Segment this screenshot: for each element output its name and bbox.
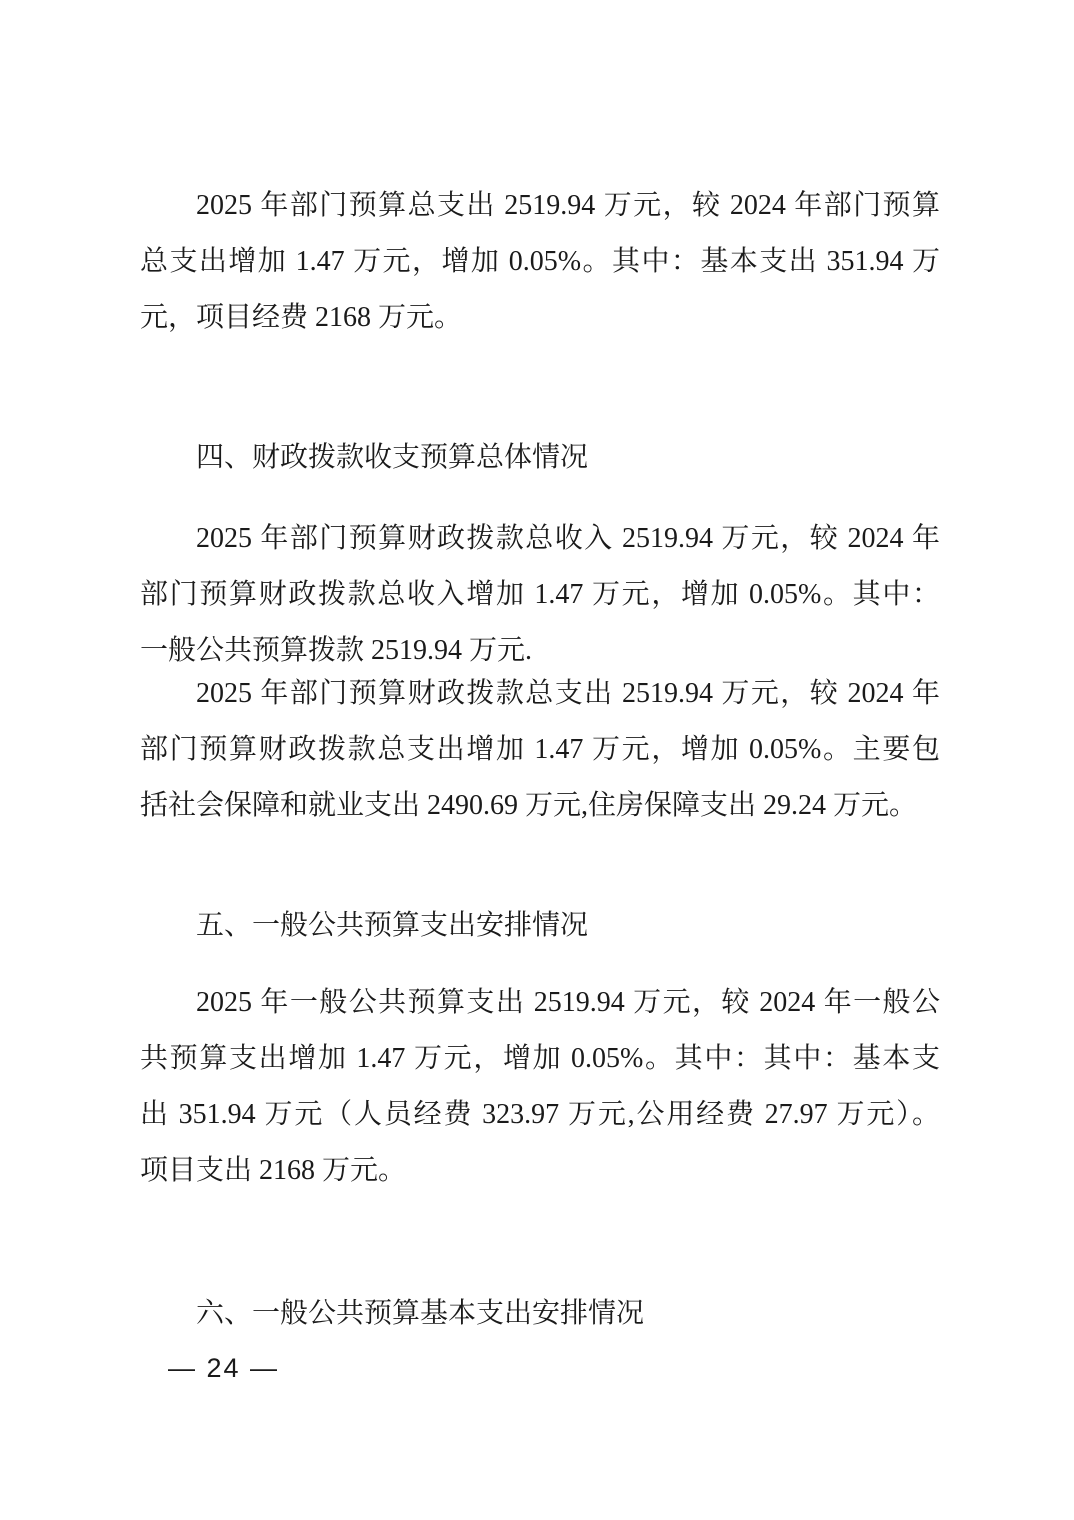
text-line: 部门预算财政拨款总收入增加 1.47 万元，增加 0.05%。其中：	[140, 567, 940, 623]
text-line: 出 351.94 万元（人员经费 323.97 万元,公用经费 27.97 万元…	[140, 1087, 940, 1143]
section-heading-5-general-public-budget-expenditure: 五、一般公共预算支出安排情况	[140, 898, 940, 954]
text-line: 元，项目经费 2168 万元。	[140, 290, 940, 346]
text-line: 项目支出 2168 万元。	[140, 1143, 940, 1199]
paragraph-appropriation-income: 2025 年部门预算财政拨款总收入 2519.94 万元，较 2024 年 部门…	[140, 511, 940, 679]
text-line: 总支出增加 1.47 万元，增加 0.05%。其中：基本支出 351.94 万	[140, 234, 940, 290]
text-line: 2025 年部门预算财政拨款总支出 2519.94 万元，较 2024 年	[140, 666, 940, 722]
budget-document-page: 2025 年部门预算总支出 2519.94 万元，较 2024 年部门预算 总支…	[0, 0, 1074, 1520]
paragraph-total-expenditure: 2025 年部门预算总支出 2519.94 万元，较 2024 年部门预算 总支…	[140, 178, 940, 346]
paragraph-general-public-budget: 2025 年一般公共预算支出 2519.94 万元，较 2024 年一般公 共预…	[140, 975, 940, 1199]
section-heading-6-basic-expenditure-arrangement: 六、一般公共预算基本支出安排情况	[140, 1286, 940, 1342]
text-line: 部门预算财政拨款总支出增加 1.47 万元，增加 0.05%。主要包	[140, 722, 940, 778]
text-line: 括社会保障和就业支出 2490.69 万元,住房保障支出 29.24 万元。	[140, 778, 940, 834]
page-number: — 24 —	[168, 1352, 279, 1384]
text-line: 共预算支出增加 1.47 万元，增加 0.05%。其中：其中：基本支	[140, 1031, 940, 1087]
section-heading-4-fiscal-appropriation-overview: 四、财政拨款收支预算总体情况	[140, 430, 940, 486]
paragraph-appropriation-expenditure: 2025 年部门预算财政拨款总支出 2519.94 万元，较 2024 年 部门…	[140, 666, 940, 834]
text-line: 2025 年部门预算财政拨款总收入 2519.94 万元，较 2024 年	[140, 511, 940, 567]
text-line: 2025 年一般公共预算支出 2519.94 万元，较 2024 年一般公	[140, 975, 940, 1031]
text-line: 2025 年部门预算总支出 2519.94 万元，较 2024 年部门预算	[140, 178, 940, 234]
